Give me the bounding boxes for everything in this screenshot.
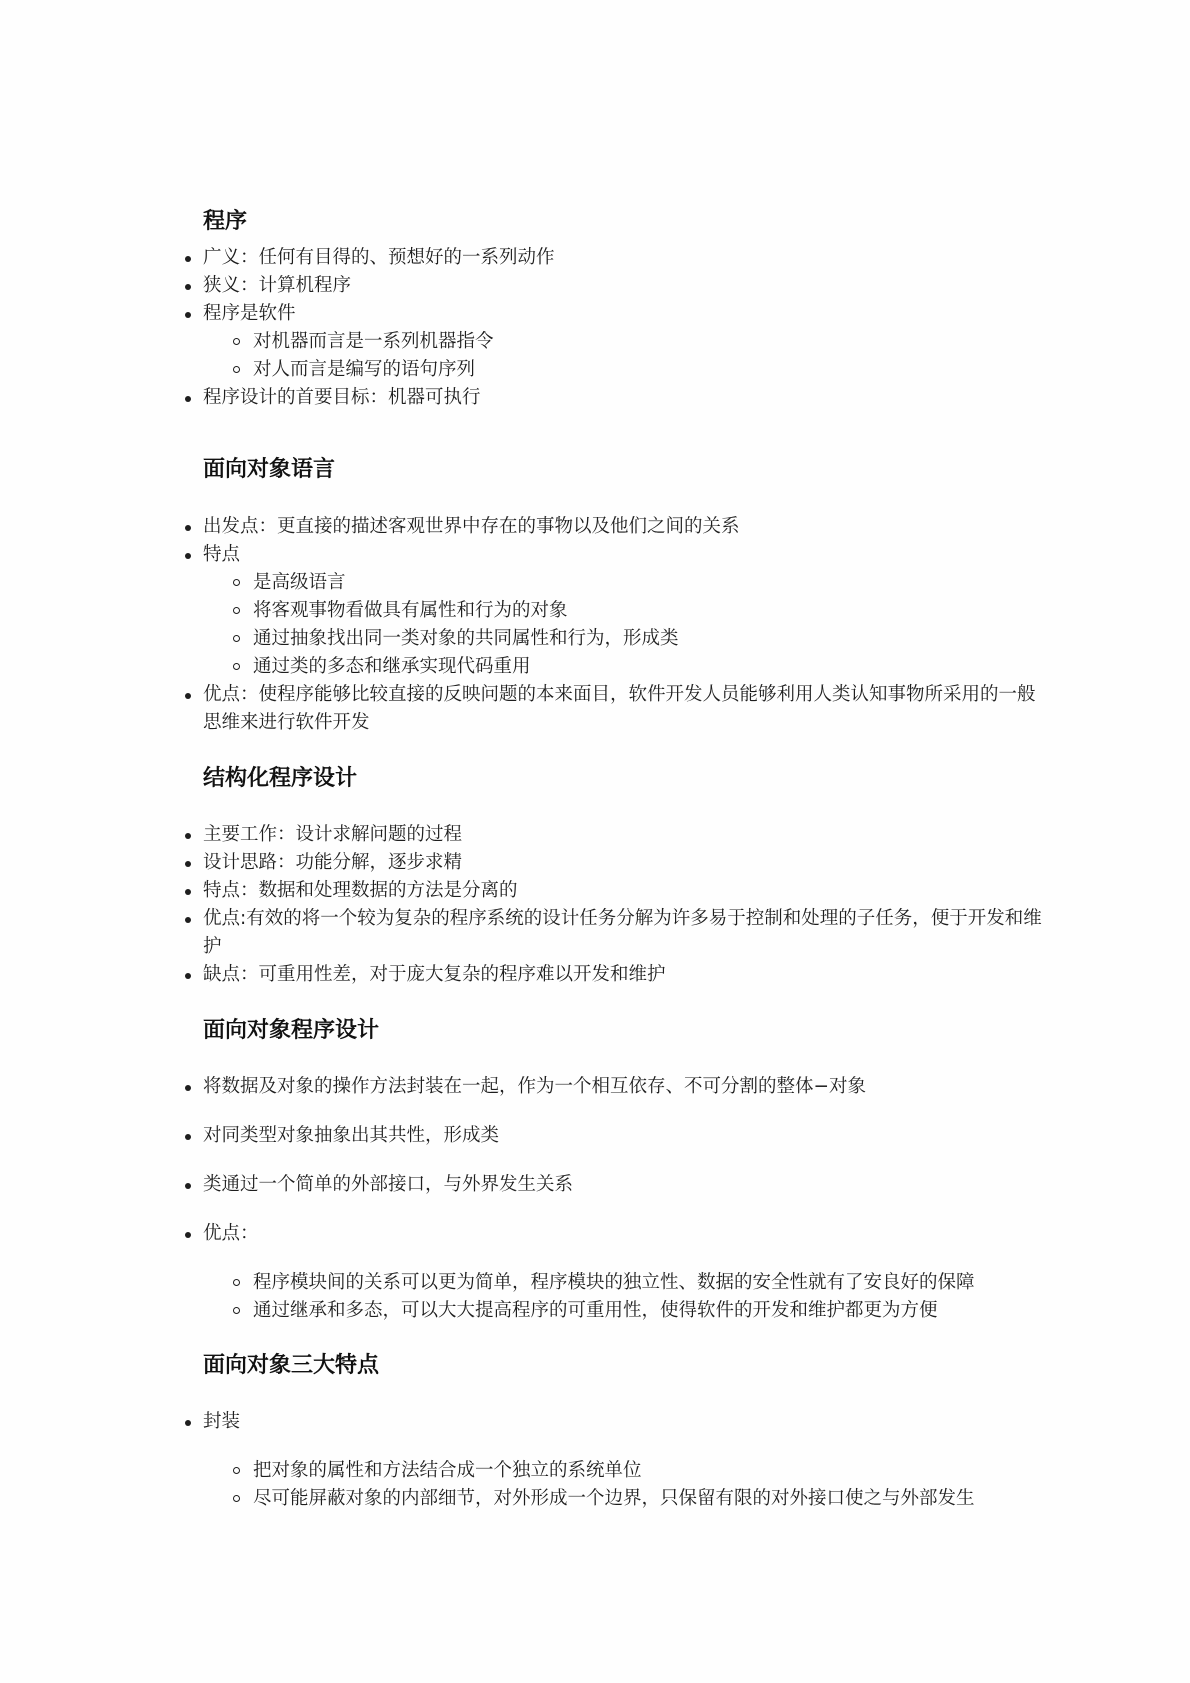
list-item: 将数据及对象的操作方法封装在一起，作为一个相互依存、不可分割的整体−对象 — [203, 1073, 866, 1101]
heading-oo-three-features: 面向对象三大特点 — [203, 1352, 379, 1380]
list-item: 狭义：计算机程序 — [203, 272, 351, 300]
list-item: 类通过一个简单的外部接口，与外界发生关系 — [203, 1171, 573, 1199]
sub-list-item: 是高级语言 — [253, 569, 346, 597]
list-item: 封装 — [203, 1408, 240, 1436]
heading-program: 程序 — [203, 208, 247, 236]
heading-oo-programming: 面向对象程序设计 — [203, 1017, 379, 1045]
list-item: 程序是软件 — [203, 300, 296, 328]
sub-list-item: 将客观事物看做具有属性和行为的对象 — [253, 597, 568, 625]
list-item: 优点：使程序能够比较直接的反映问题的本来面目，软件开发人员能够利用人类认知事物所… — [203, 681, 1053, 737]
list-item: 缺点：可重用性差，对于庞大复杂的程序难以开发和维护 — [203, 961, 666, 989]
list-item: 广义：任何有目得的、预想好的一系列动作 — [203, 244, 555, 272]
sub-list-item: 通过类的多态和继承实现代码重用 — [253, 653, 531, 681]
heading-structured-programming: 结构化程序设计 — [203, 765, 357, 793]
sub-list-item: 尽可能屏蔽对象的内部细节，对外形成一个边界，只保留有限的对外接口使之与外部发生 — [253, 1485, 975, 1513]
sub-list-item: 程序模块间的关系可以更为简单，程序模块的独立性、数据的安全性就有了安良好的保障 — [253, 1269, 975, 1297]
list-item: 出发点：更直接的描述客观世界中存在的事物以及他们之间的关系 — [203, 513, 740, 541]
list-item: 对同类型对象抽象出其共性，形成类 — [203, 1122, 499, 1150]
sub-list-item: 通过抽象找出同一类对象的共同属性和行为，形成类 — [253, 625, 679, 653]
list-item: 设计思路：功能分解，逐步求精 — [203, 849, 462, 877]
list-item: 特点 — [203, 541, 240, 569]
list-item: 优点： — [203, 1220, 259, 1248]
sub-list-item: 对机器而言是一系列机器指令 — [253, 328, 494, 356]
list-item: 特点：数据和处理数据的方法是分离的 — [203, 877, 518, 905]
sub-list-item: 把对象的属性和方法结合成一个独立的系统单位 — [253, 1457, 642, 1485]
sub-list-item: 对人而言是编写的语句序列 — [253, 356, 475, 384]
list-item: 优点:有效的将一个较为复杂的程序系统的设计任务分解为许多易于控制和处理的子任务，… — [203, 905, 1053, 961]
sub-list-item: 通过继承和多态，可以大大提高程序的可重用性，使得软件的开发和维护都更为方便 — [253, 1297, 938, 1325]
list-item: 程序设计的首要目标：机器可执行 — [203, 384, 481, 412]
list-item: 主要工作：设计求解问题的过程 — [203, 821, 462, 849]
heading-oo-language: 面向对象语言 — [203, 456, 335, 484]
